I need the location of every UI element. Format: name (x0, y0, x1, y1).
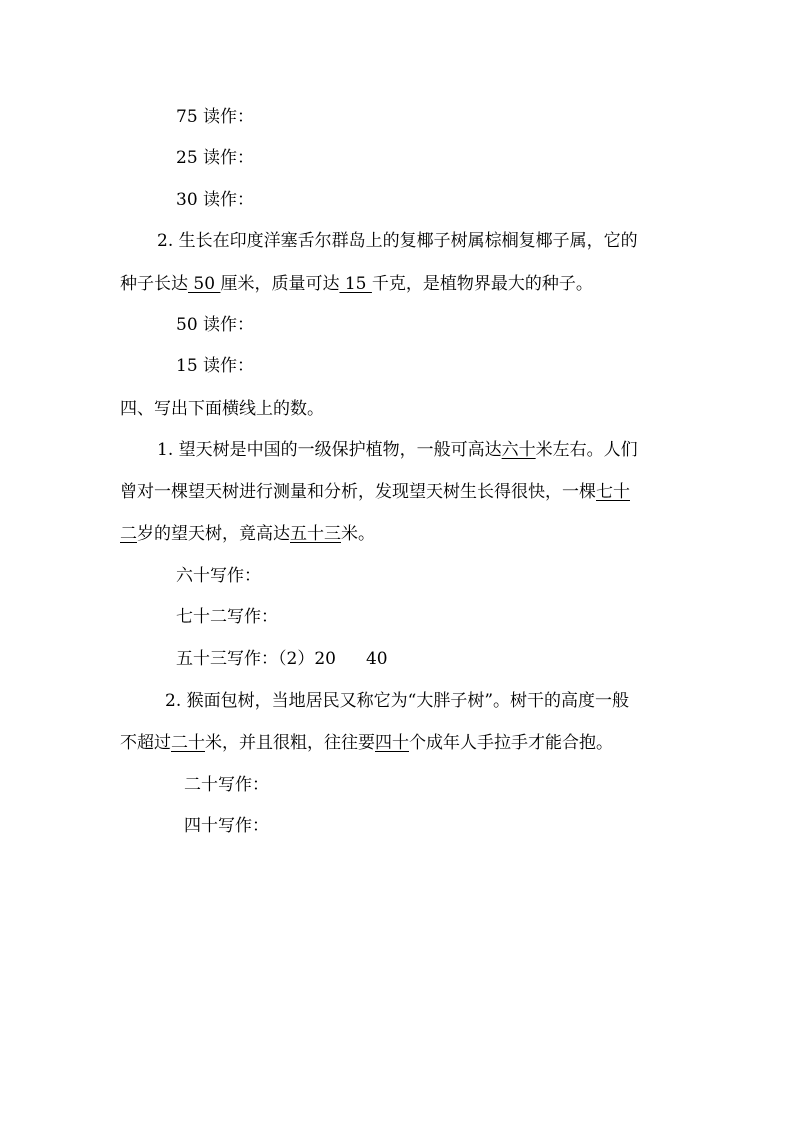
underlined-number: 七十 (596, 482, 630, 502)
underlined-number: 二十 (171, 733, 205, 753)
underlined-number: 15 (339, 274, 371, 294)
read-30: 30 读作： (176, 190, 254, 210)
write-20: 二十写作： (184, 775, 269, 795)
underlined-number: 50 (188, 274, 220, 294)
question-2-line2: 种子长达 50 厘米，质量可达 15 千克，是植物界最大的种子。 (120, 274, 593, 294)
part4-q2-line2: 不超过二十米，并且很粗，往往要四十个成年人手拉手才能合抱。 (120, 733, 613, 753)
read-25: 25 读作： (176, 148, 254, 168)
read-50: 50 读作： (176, 315, 254, 335)
underlined-number: 四十 (375, 733, 409, 753)
underlined-number: 五十三 (290, 524, 341, 544)
part4-q2-line1: 2. 猴面包树，当地居民又称它为“大胖子树”。树干的高度一般 (165, 691, 629, 711)
write-72: 七十二写作： (176, 607, 278, 627)
write-40: 四十写作： (184, 816, 269, 836)
underlined-number: 六十 (502, 440, 536, 460)
underlined-number: 二 (120, 524, 137, 544)
read-15: 15 读作： (176, 356, 254, 376)
section-heading: 四、写出下面横线上的数。 (120, 399, 324, 419)
question-2-line1: 2. 生长在印度洋塞舌尔群岛上的复椰子树属棕榈复椰子属，它的 (157, 231, 638, 251)
part4-q1-line3: 二岁的望天树，竟高达五十三米。 (120, 524, 375, 544)
part4-q1-line1: 1. 望天树是中国的一级保护植物，一般可高达六十米左右。人们 (157, 440, 638, 460)
part4-q1-line2: 曾对一棵望天树进行测量和分析，发现望天树生长得很快，一棵七十 (120, 482, 630, 502)
read-75: 75 读作： (176, 107, 254, 127)
write-60: 六十写作： (176, 566, 261, 586)
write-53: 五十三写作：（2）2040 (176, 649, 388, 669)
